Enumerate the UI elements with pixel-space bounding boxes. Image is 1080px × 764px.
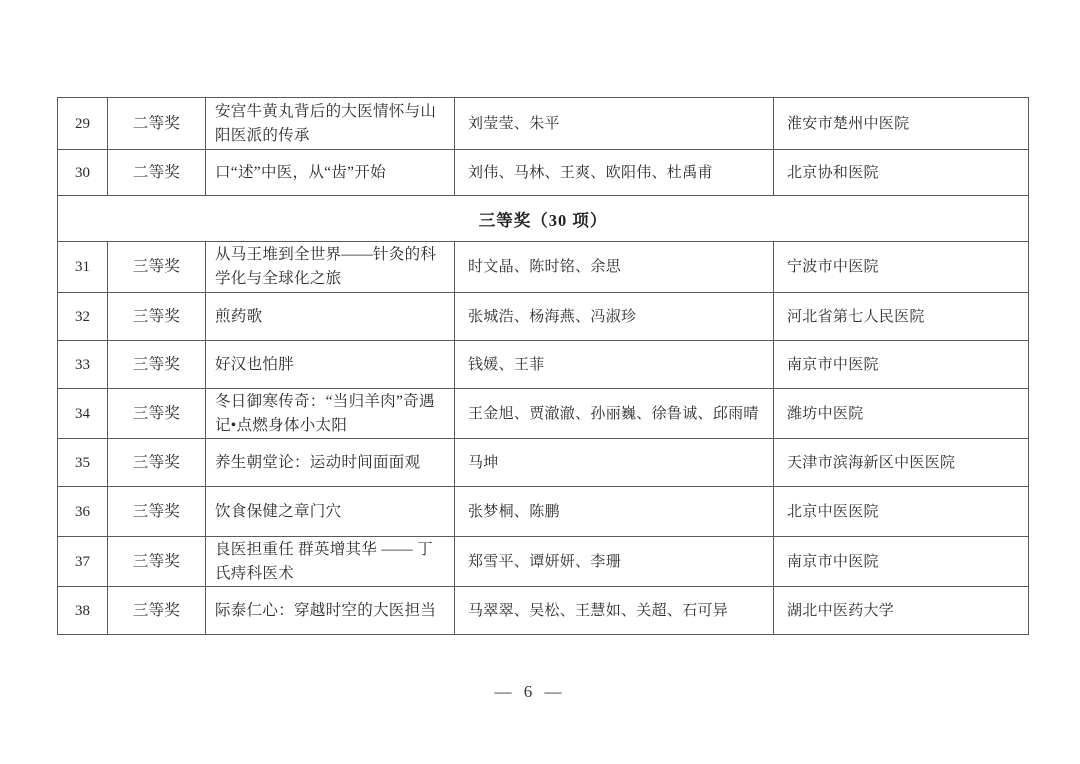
award-level: 三等奖 <box>108 587 206 634</box>
entry-title: 口“述”中医，从“齿”开始 <box>206 150 455 195</box>
table-row: 32 三等奖 煎药歌 张城浩、杨海燕、冯淑珍 河北省第七人民医院 <box>58 293 1028 341</box>
table-row: 38 三等奖 际泰仁心：穿越时空的大医担当 马翠翠、吴松、王慧如、关超、石可异 … <box>58 587 1028 634</box>
entry-authors: 马翠翠、吴松、王慧如、关超、石可异 <box>455 587 774 634</box>
award-level: 三等奖 <box>108 537 206 586</box>
row-number: 38 <box>58 587 108 634</box>
row-number: 30 <box>58 150 108 195</box>
entry-authors: 马坤 <box>455 439 774 486</box>
entry-title: 好汉也怕胖 <box>206 341 455 388</box>
table-row: 34 三等奖 冬日御寒传奇：“当归羊肉”奇遇记•点燃身体小太阳 王金旭、贾澈澈、… <box>58 389 1028 439</box>
award-level: 三等奖 <box>108 487 206 536</box>
row-number: 33 <box>58 341 108 388</box>
entry-organization: 潍坊中医院 <box>774 389 1028 438</box>
entry-title: 安宫牛黄丸背后的大医情怀与山阳医派的传承 <box>206 98 455 149</box>
award-level: 三等奖 <box>108 293 206 340</box>
entry-authors: 郑雪平、谭妍妍、李珊 <box>455 537 774 586</box>
table-row: 33 三等奖 好汉也怕胖 钱媛、王菲 南京市中医院 <box>58 341 1028 389</box>
entry-organization: 湖北中医药大学 <box>774 587 1028 634</box>
entry-title: 冬日御寒传奇：“当归羊肉”奇遇记•点燃身体小太阳 <box>206 389 455 438</box>
entry-authors: 张城浩、杨海燕、冯淑珍 <box>455 293 774 340</box>
entry-organization: 淮安市楚州中医院 <box>774 98 1028 149</box>
table-row: 37 三等奖 良医担重任 群英增其华 —— 丁氏痔科医术 郑雪平、谭妍妍、李珊 … <box>58 537 1028 587</box>
row-number: 37 <box>58 537 108 586</box>
entry-authors: 时文晶、陈时铭、余思 <box>455 242 774 292</box>
entry-organization: 宁波市中医院 <box>774 242 1028 292</box>
entry-authors: 张梦桐、陈鹏 <box>455 487 774 536</box>
award-level: 三等奖 <box>108 389 206 438</box>
entry-authors: 刘莹莹、朱平 <box>455 98 774 149</box>
table-row: 35 三等奖 养生朝堂论：运动时间面面观 马坤 天津市滨海新区中医医院 <box>58 439 1028 487</box>
entry-organization: 南京市中医院 <box>774 341 1028 388</box>
section-header-row: 三等奖（30 项） <box>58 196 1028 242</box>
award-winners-table: 29 二等奖 安宫牛黄丸背后的大医情怀与山阳医派的传承 刘莹莹、朱平 淮安市楚州… <box>57 97 1029 635</box>
row-number: 34 <box>58 389 108 438</box>
entry-title: 养生朝堂论：运动时间面面观 <box>206 439 455 486</box>
table-row: 29 二等奖 安宫牛黄丸背后的大医情怀与山阳医派的传承 刘莹莹、朱平 淮安市楚州… <box>58 98 1028 150</box>
row-number: 35 <box>58 439 108 486</box>
entry-organization: 南京市中医院 <box>774 537 1028 586</box>
row-number: 36 <box>58 487 108 536</box>
entry-title: 良医担重任 群英增其华 —— 丁氏痔科医术 <box>206 537 455 586</box>
page-number: — 6 — <box>0 682 1060 702</box>
award-level: 三等奖 <box>108 439 206 486</box>
entry-authors: 钱媛、王菲 <box>455 341 774 388</box>
table-row: 36 三等奖 饮食保健之章门穴 张梦桐、陈鹏 北京中医医院 <box>58 487 1028 537</box>
award-level: 二等奖 <box>108 98 206 149</box>
table-row: 30 二等奖 口“述”中医，从“齿”开始 刘伟、马林、王爽、欧阳伟、杜禹甫 北京… <box>58 150 1028 196</box>
entry-title: 煎药歌 <box>206 293 455 340</box>
award-level: 三等奖 <box>108 341 206 388</box>
entry-organization: 河北省第七人民医院 <box>774 293 1028 340</box>
entry-title: 际泰仁心：穿越时空的大医担当 <box>206 587 455 634</box>
entry-organization: 北京中医医院 <box>774 487 1028 536</box>
section-header-label: 三等奖（30 项） <box>479 207 608 231</box>
entry-authors: 刘伟、马林、王爽、欧阳伟、杜禹甫 <box>455 150 774 195</box>
row-number: 32 <box>58 293 108 340</box>
entry-title: 饮食保健之章门穴 <box>206 487 455 536</box>
award-level: 三等奖 <box>108 242 206 292</box>
entry-title: 从马王堆到全世界——针灸的科学化与全球化之旅 <box>206 242 455 292</box>
row-number: 29 <box>58 98 108 149</box>
entry-organization: 北京协和医院 <box>774 150 1028 195</box>
table-row: 31 三等奖 从马王堆到全世界——针灸的科学化与全球化之旅 时文晶、陈时铭、余思… <box>58 242 1028 293</box>
document-page: { "table": { "rows_top": [ { "no": "29",… <box>0 0 1080 764</box>
entry-organization: 天津市滨海新区中医医院 <box>774 439 1028 486</box>
entry-authors: 王金旭、贾澈澈、孙丽巍、徐鲁诚、邱雨晴 <box>455 389 774 438</box>
award-level: 二等奖 <box>108 150 206 195</box>
row-number: 31 <box>58 242 108 292</box>
